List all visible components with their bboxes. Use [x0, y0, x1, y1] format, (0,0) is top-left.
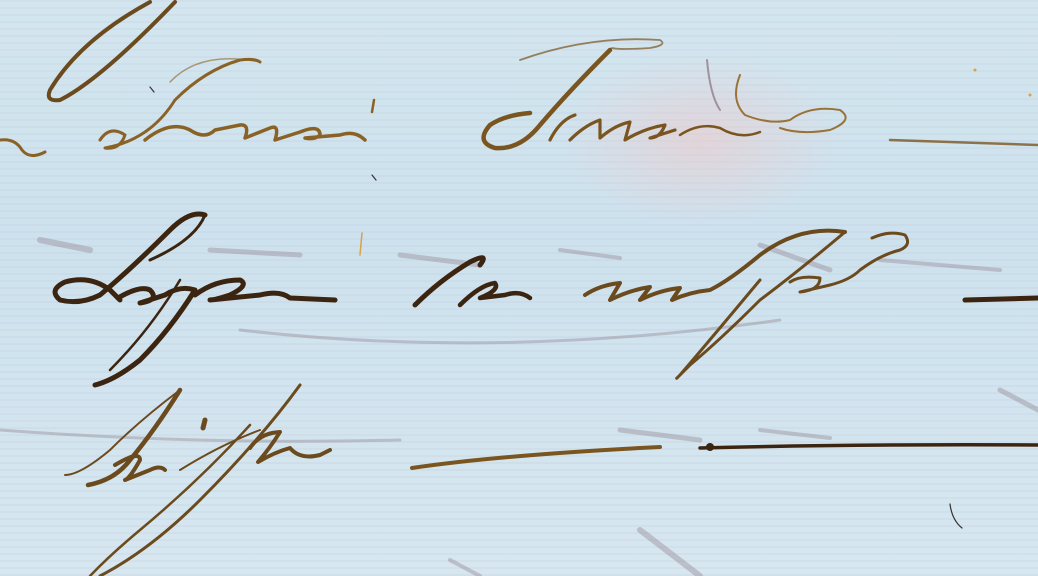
line-1-jurado — [484, 39, 1038, 148]
handwriting-strokes — [0, 0, 1038, 576]
top-loop-stroke — [49, 2, 175, 100]
line-2-lopez — [55, 214, 335, 385]
line-3-hija — [65, 385, 1038, 576]
line-1-torrei — [0, 59, 374, 156]
manuscript-page: Torrei Jurado Lopez su muger hija — [0, 0, 1038, 576]
line-2-muger — [585, 231, 1038, 379]
